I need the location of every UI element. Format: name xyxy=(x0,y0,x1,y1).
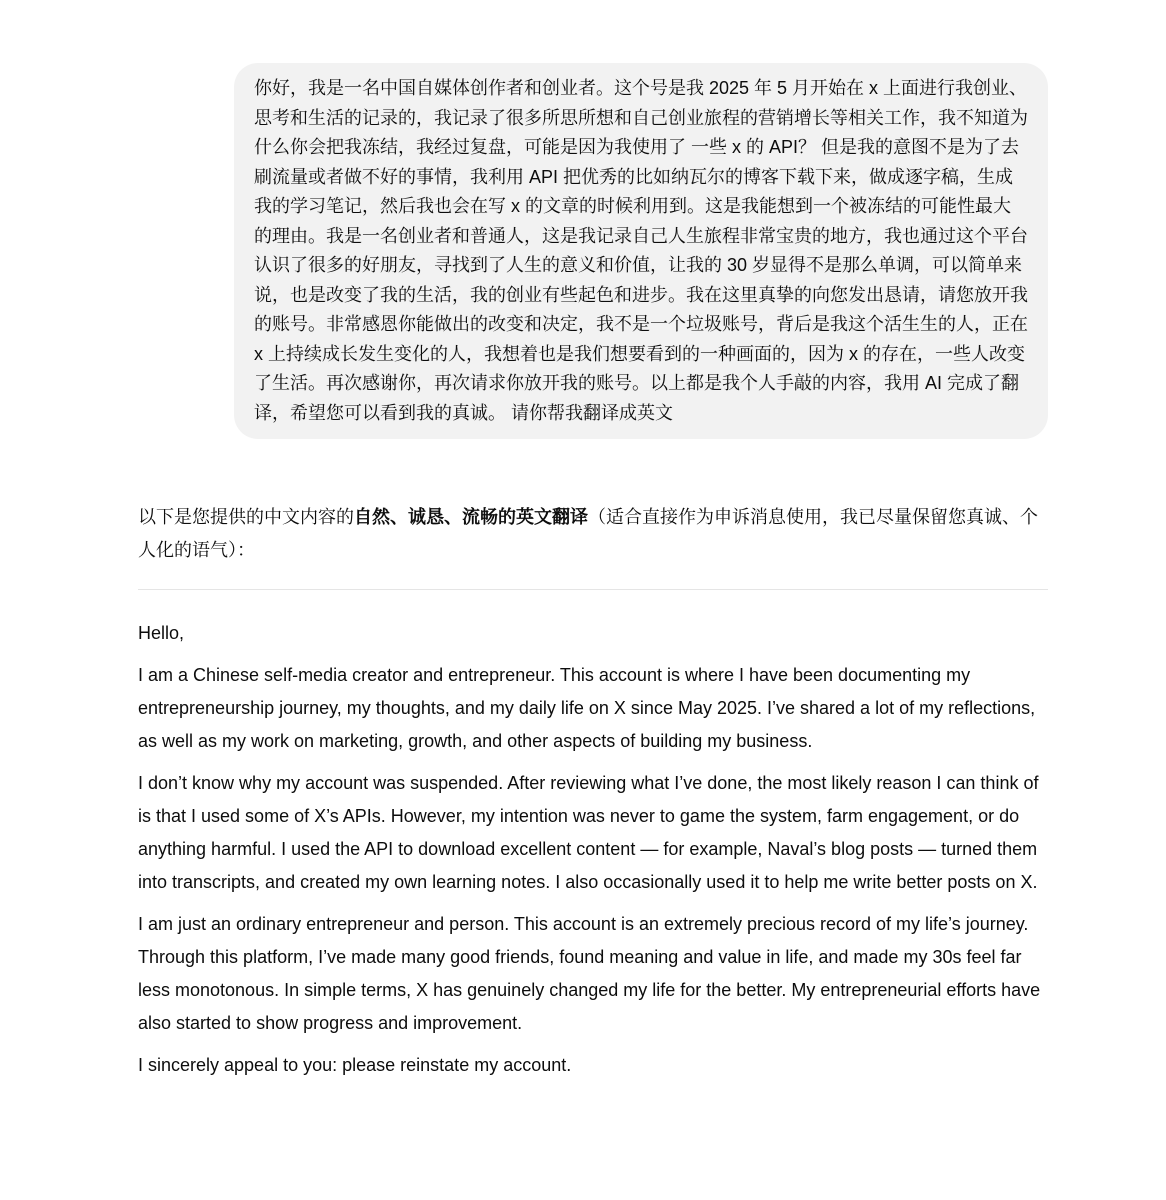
chat-page: 你好，我是一名中国自媒体创作者和创业者。这个号是我 2025 年 5 月开始在 … xyxy=(0,0,1166,1082)
user-message-bubble: 你好，我是一名中国自媒体创作者和创业者。这个号是我 2025 年 5 月开始在 … xyxy=(234,63,1048,439)
translation-paragraph-reason: I don’t know why my account was suspende… xyxy=(138,767,1048,899)
translation-paragraph-life: I am just an ordinary entrepreneur and p… xyxy=(138,908,1048,1040)
assistant-intro: 以下是您提供的中文内容的自然、诚恳、流畅的英文翻译（适合直接作为申诉消息使用，我… xyxy=(138,501,1048,567)
translation-appeal: I sincerely appeal to you: please reinst… xyxy=(138,1049,1048,1082)
section-divider xyxy=(138,589,1048,590)
user-message: 你好，我是一名中国自媒体创作者和创业者。这个号是我 2025 年 5 月开始在 … xyxy=(138,63,1048,439)
assistant-intro-bold: 自然、诚恳、流畅的英文翻译 xyxy=(354,507,588,527)
assistant-intro-prefix: 以下是您提供的中文内容的 xyxy=(138,507,354,527)
assistant-message: 以下是您提供的中文内容的自然、诚恳、流畅的英文翻译（适合直接作为申诉消息使用，我… xyxy=(138,501,1048,1082)
translation-paragraph-intro: I am a Chinese self-media creator and en… xyxy=(138,659,1048,758)
user-message-text: 你好，我是一名中国自媒体创作者和创业者。这个号是我 2025 年 5 月开始在 … xyxy=(254,78,1028,423)
translation-greeting: Hello, xyxy=(138,617,1048,650)
